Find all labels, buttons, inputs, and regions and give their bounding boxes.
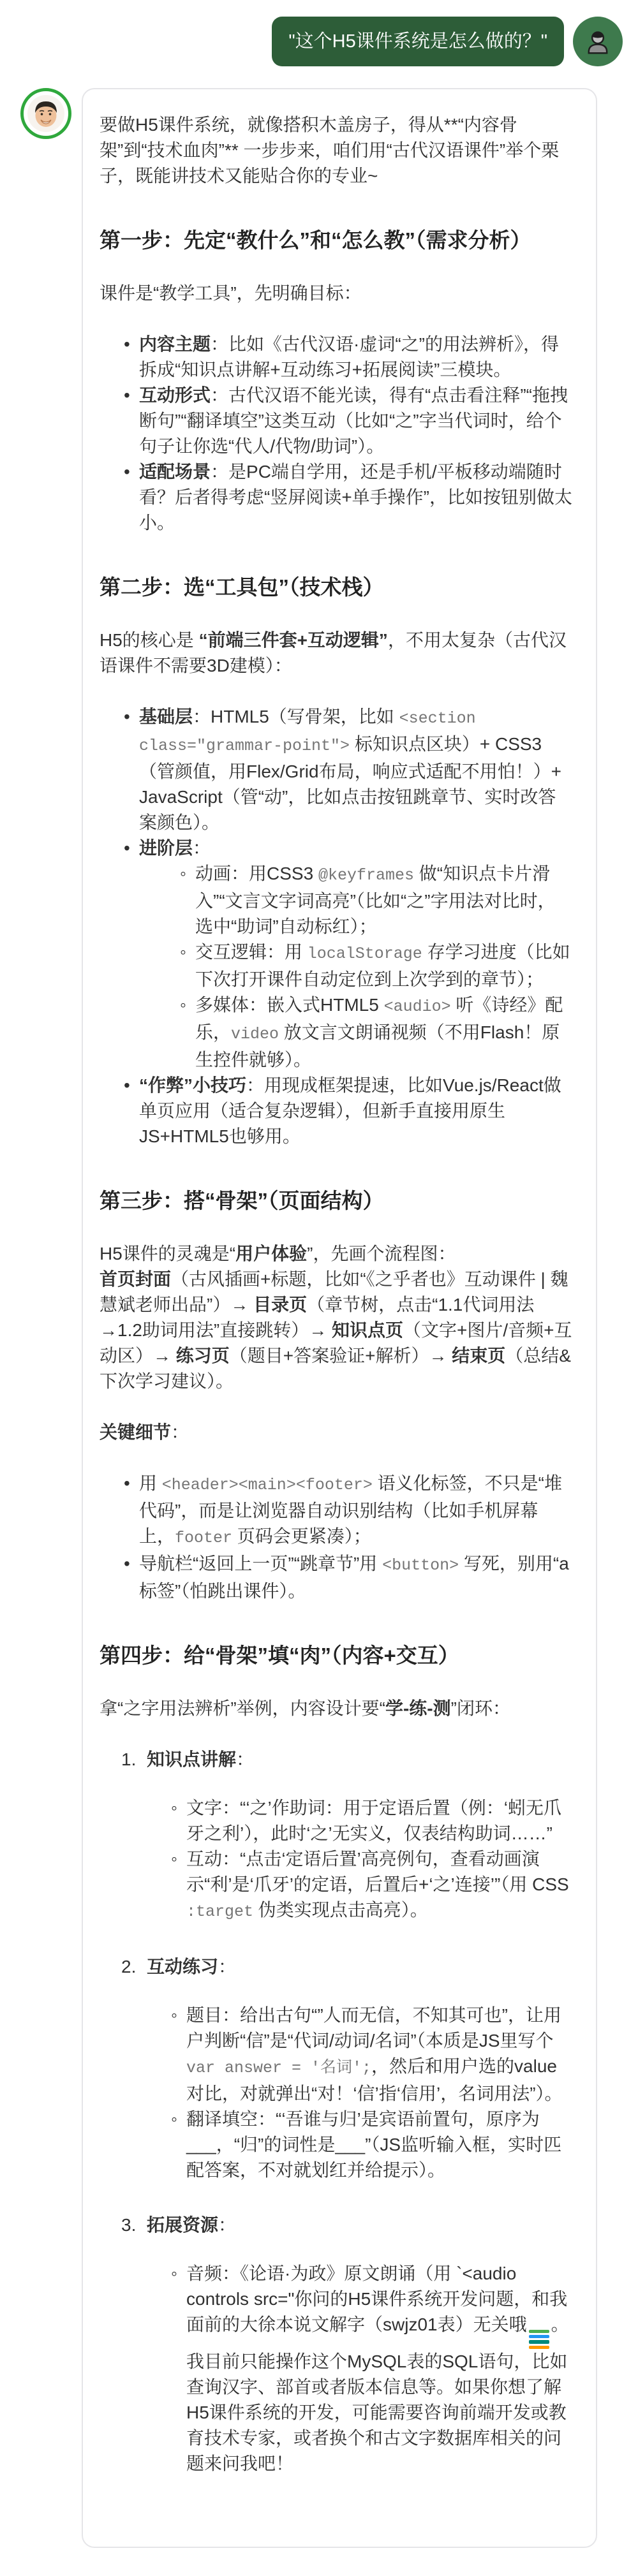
bullet-list: 用 <header><main><footer> 语义化标签，不只是“堆代码”，… bbox=[100, 1471, 573, 1604]
bold-text: 适配场景 bbox=[139, 462, 211, 482]
section-heading: 第四步：给“骨架”填“肉”（内容+交互） bbox=[100, 1641, 573, 1670]
sub-list-item: 题目：给出古句“”人而无信，不知其可也”，让用户判断“信”是“代词/动词/名词”… bbox=[171, 2003, 573, 2107]
list-item: 内容主题：比如《古代汉语·虚词“之”的用法辨析》，得拆成“知识点讲解+互动练习+… bbox=[124, 332, 573, 383]
numbered-item: 拓展资源：音频：《论语·为政》原文朗诵（用 `<audio controls s… bbox=[121, 2212, 573, 2477]
bold-text: 关键细节 bbox=[100, 1422, 171, 1442]
inline-code: <button> bbox=[382, 1556, 459, 1575]
numbered-item: 知识点讲解：文字：“‘之’作助词：用于定语后置（例：‘蚓无爪牙之利’），此时‘之… bbox=[121, 1747, 573, 1925]
bold-text: 学-练-测 bbox=[385, 1698, 451, 1718]
list-item: 进阶层：动画：用CSS3 @keyframes 做“知识点卡片滑入”“文言文字词… bbox=[124, 835, 573, 1073]
list-item: 用 <header><main><footer> 语义化标签，不只是“堆代码”，… bbox=[124, 1471, 573, 1551]
list-item: 导航栏“返回上一页”“跳章节”用 <button> 写死，别用“a标签”（怕跳出… bbox=[124, 1551, 573, 1604]
inline-code: footer bbox=[175, 1529, 232, 1547]
bold-text: 知识点页 bbox=[332, 1320, 403, 1340]
bold-text: 内容主题 bbox=[139, 334, 211, 354]
assistant-message-row: 要做H5课件系统，就像搭积木盖房子，得从**“内容骨架”到“技术血肉”** 一步… bbox=[0, 66, 638, 2576]
bold-text: 首页封面 bbox=[100, 1269, 171, 1289]
chat-page: "这个H5课件系统是怎么做的？" bbox=[0, 0, 638, 2576]
sub-list-item: 互动：“点击‘定语后置’高亮例句，查看动画演示“利’是‘爪牙’的定语，后置后+‘… bbox=[171, 1846, 573, 1925]
user-message-row: "这个H5课件系统是怎么做的？" bbox=[0, 0, 638, 66]
bold-text: 进阶层 bbox=[139, 838, 193, 858]
bold-text: 互动练习 bbox=[147, 1957, 218, 1976]
bold-text: 互动形式 bbox=[139, 385, 211, 405]
inline-code: :target bbox=[186, 1903, 253, 1921]
sub-list: 音频：《论语·为政》原文朗诵（用 `<audio controls src="你… bbox=[147, 2261, 573, 2477]
inline-code: localStorage bbox=[308, 945, 422, 963]
paragraph: 要做H5课件系统，就像搭积木盖房子，得从**“内容骨架”到“技术血肉”** 一步… bbox=[100, 112, 573, 189]
bold-text: 练习页 bbox=[176, 1346, 230, 1365]
sub-list-item: 多媒体：嵌入式HTML5 <audio> 听《诗经》配乐，video 放文言文朗… bbox=[180, 992, 573, 1073]
sub-list: 题目：给出古句“”人而无信，不知其可也”，让用户判断“信”是“代词/动词/名词”… bbox=[147, 2003, 573, 2183]
paragraph: 关键细节： bbox=[100, 1420, 573, 1445]
list-item: 基础层：HTML5（写骨架，比如 <section class="grammar… bbox=[124, 704, 573, 835]
sub-list-item: 音频：《论语·为政》原文朗诵（用 `<audio controls src="你… bbox=[171, 2261, 573, 2477]
books-emoji bbox=[529, 2330, 549, 2349]
list-item: 互动形式：古代汉语不能光读，得有“点击看注释”“拖拽断句”“翻译填空”这类互动（… bbox=[124, 383, 573, 459]
paragraph: H5的核心是 “前端三件套+互动逻辑”，不用太复杂（古代汉语课件不需要3D建模）… bbox=[100, 628, 573, 679]
teacher-photo bbox=[27, 94, 65, 133]
numbered-list: 知识点讲解：文字：“‘之’作助词：用于定语后置（例：‘蚓无爪牙之利’），此时‘之… bbox=[100, 1747, 573, 2477]
user-avatar bbox=[573, 17, 623, 66]
paragraph: 课件是“教学工具”，先明确目标： bbox=[100, 281, 573, 306]
bold-text: “作弊”小技巧 bbox=[139, 1075, 246, 1095]
numbered-item: 互动练习：题目：给出古句“”人而无信，不知其可也”，让用户判断“信”是“代词/动… bbox=[121, 1954, 573, 2183]
inline-code: @keyframes bbox=[318, 866, 414, 885]
inline-code: <audio> bbox=[384, 997, 451, 1016]
bullet-list: 基础层：HTML5（写骨架，比如 <section class="grammar… bbox=[100, 704, 573, 1149]
bold-text: 结束页 bbox=[452, 1346, 505, 1365]
list-item: 适配场景：是PC端自学用，还是手机/平板移动端随时看？后者得考虑“竖屏阅读+单手… bbox=[124, 459, 573, 536]
bold-text: 基础层 bbox=[139, 707, 193, 726]
assistant-card: 要做H5课件系统，就像搭积木盖房子，得从**“内容骨架”到“技术血肉”** 一步… bbox=[82, 88, 597, 2548]
sub-list-item: 文字：“‘之’作助词：用于定语后置（例：‘蚓无爪牙之利’），此时‘之’无实义，仅… bbox=[171, 1795, 573, 1846]
sub-list-item: 翻译填空：“‘吾谁与归’是宾语前置句，原序为___，“归”的词性是___”（JS… bbox=[171, 2107, 573, 2183]
sub-list: 动画：用CSS3 @keyframes 做“知识点卡片滑入”“文言文字词高亮”（… bbox=[139, 861, 573, 1073]
section-heading: 第一步：先定“教什么”和“怎么教”（需求分析） bbox=[100, 226, 573, 255]
inline-code: video bbox=[231, 1025, 279, 1043]
bold-text: 知识点讲解 bbox=[147, 1749, 236, 1769]
sub-list-item: 动画：用CSS3 @keyframes 做“知识点卡片滑入”“文言文字词高亮”（… bbox=[180, 861, 573, 939]
user-message-text: "这个H5课件系统是怎么做的？" bbox=[288, 31, 547, 52]
section-heading: 第三步：搭“骨架”（页面结构） bbox=[100, 1186, 573, 1216]
bullet-list: 内容主题：比如《古代汉语·虚词“之”的用法辨析》，得拆成“知识点讲解+互动练习+… bbox=[100, 332, 573, 536]
person-icon bbox=[583, 27, 612, 56]
section-heading: 第二步：选“工具包”（技术栈） bbox=[100, 573, 573, 602]
list-item: “作弊”小技巧：用现成框架提速，比如Vue.js/React做单页应用（适合复杂… bbox=[124, 1073, 573, 1149]
inline-code: <header><main><footer> bbox=[162, 1476, 373, 1494]
bold-text: 用户体验 bbox=[235, 1244, 307, 1263]
user-bubble: "这个H5课件系统是怎么做的？" bbox=[272, 17, 564, 66]
sub-list-item: 交互逻辑：用 localStorage 存学习进度（比如下次打开课件自动定位到上… bbox=[180, 939, 573, 992]
paragraph: H5课件的灵魂是“用户体验”，先画个流程图：首页封面（古风插画+标题，比如“《之… bbox=[100, 1241, 573, 1394]
bold-text: “前端三件套+互动逻辑” bbox=[199, 630, 388, 650]
bold-text: 拓展资源 bbox=[147, 2215, 218, 2235]
bold-text: 目录页 bbox=[253, 1295, 307, 1314]
inline-code: var answer = '名词'; bbox=[186, 2059, 371, 2077]
sub-list: 文字：“‘之’作助词：用于定语后置（例：‘蚓无爪牙之利’），此时‘之’无实义，仅… bbox=[147, 1795, 573, 1925]
assistant-avatar bbox=[20, 88, 71, 139]
paragraph: 拿“之字用法辨析”举例，内容设计要“学-练-测”闭环： bbox=[100, 1696, 573, 1721]
